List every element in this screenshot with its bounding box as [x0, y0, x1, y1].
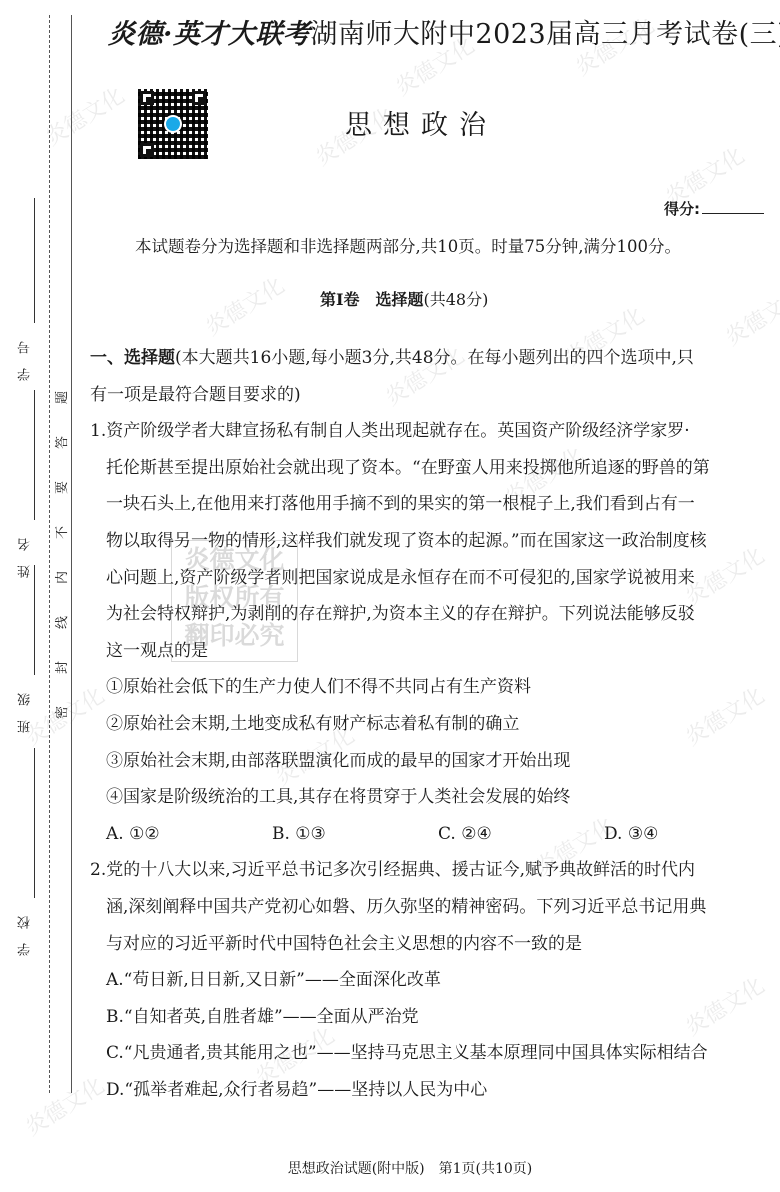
school-label: 学校 — [16, 902, 35, 956]
statement-item: ①原始社会低下的生产力使人们不得不共同占有生产资料 — [90, 669, 770, 706]
question-stem-line: 为社会特权辩护,为剥削的存在辩护,为资本主义的存在辩护。下列说法能够反驳 — [90, 596, 770, 633]
question-stem-line: 物以取得另一物的情形,这样我们就发现了资本的起源。”而在国家这一政治制度核 — [90, 523, 770, 560]
section-title-rest: (共48分) — [424, 290, 489, 309]
class-label: 班级 — [16, 679, 35, 733]
question-stem-line: 2.党的十八大以来,习近平总书记多次引经据典、援古证今,赋予典故鲜活的时代内 — [90, 852, 770, 889]
seal-char: 内 — [51, 571, 70, 584]
score-blank[interactable] — [702, 199, 764, 214]
statement-item: ③原始社会末期,由部落联盟演化而成的最早的国家才开始出现 — [90, 743, 770, 780]
score-label: 得分: — [664, 200, 700, 218]
stem-text: 资产阶级学者大肆宣扬私有制自人类出现起就存在。英国资产阶级经济学家罗· — [106, 421, 689, 441]
question-1: 1.资产阶级学者大肆宣扬私有制自人类出现起就存在。英国资产阶级经济学家罗· 托伦… — [90, 413, 770, 852]
class-field[interactable]: 班级 — [14, 565, 36, 733]
question-number: 1. — [90, 421, 106, 441]
name-field[interactable]: 姓名 — [14, 390, 36, 578]
question-stem-line: 与对应的习近平新时代中国特色社会主义思想的内容不一致的是 — [90, 926, 770, 963]
seal-char: 不 — [51, 526, 70, 539]
choice-d[interactable]: D.“孤举者难起,众行者易趋”——坚持以人民为中心 — [90, 1072, 770, 1109]
section-title-bold: 第Ⅰ卷 选择题 — [320, 290, 424, 309]
qr-finder-icon — [140, 91, 154, 105]
qr-logo-icon — [164, 115, 182, 133]
school-field[interactable]: 学校 — [14, 748, 36, 956]
statement-item: ②原始社会末期,土地变成私有财产标志着私有制的确立 — [90, 706, 770, 743]
exam-title: 炎德·英才大联考湖南师大附中2023届高三月考试卷(三) — [108, 12, 768, 51]
choice-a[interactable]: A.“苟日新,日日新,又日新”——全面深化改革 — [90, 962, 770, 999]
choice-b[interactable]: B. ①③ — [272, 816, 438, 853]
seal-char: 封 — [51, 661, 70, 674]
question-stem-line: 这一观点的是 — [90, 633, 770, 670]
question-stem-line: 一块石头上,在他用来打落他用手摘不到的果实的第一根棍子上,我们看到占有一 — [90, 486, 770, 523]
section-title: 第Ⅰ卷 选择题(共48分) — [320, 287, 488, 310]
answer-choices: A. ①② B. ①③ C. ②④ D. ③④ — [90, 816, 770, 853]
choice-b[interactable]: B.“自知者英,自胜者雄”——全面从严治党 — [90, 999, 770, 1036]
question-2: 2.党的十八大以来,习近平总书记多次引经据典、援古证今,赋予典故鲜活的时代内 涵… — [90, 852, 770, 1108]
exam-title-rest: 湖南师大附中2023届高三月考试卷(三) — [310, 19, 780, 50]
seal-char: 题 — [51, 391, 70, 404]
question-content: 一、选择题(本大题共16小题,每小题3分,共48分。在每小题列出的四个选项中,只… — [90, 340, 770, 1108]
qr-finder-icon — [140, 143, 154, 157]
seal-char: 密 — [51, 706, 70, 719]
exam-brand: 炎德·英才大联考 — [108, 19, 310, 50]
qr-code-icon[interactable] — [137, 88, 209, 160]
score-field[interactable]: 得分: — [664, 198, 764, 219]
choice-c[interactable]: C. ②④ — [438, 816, 604, 853]
binding-solid-line — [71, 15, 72, 1093]
exam-instructions: 本试题卷分为选择题和非选择题两部分,共10页。时量75分钟,满分100分。 — [135, 233, 681, 257]
page-footer: 思想政治试题(附中版) 第1页(共10页) — [0, 1158, 780, 1178]
part-heading-bold: 一、选择题 — [90, 348, 175, 368]
part-heading-cont: 有一项是最符合题目要求的) — [90, 377, 770, 414]
student-id-field[interactable]: 学号 — [14, 198, 36, 381]
choice-d[interactable]: D. ③④ — [604, 816, 770, 853]
watermark-text: 炎德文化 — [38, 79, 129, 152]
stem-text: 党的十八大以来,习近平总书记多次引经据典、援古证今,赋予典故鲜活的时代内 — [106, 860, 695, 880]
question-number: 2. — [90, 860, 106, 880]
question-stem-line: 涵,深刻阐释中国共产党初心如磐、历久弥坚的精神密码。下列习近平总书记用典 — [90, 889, 770, 926]
statement-item: ④国家是阶级统治的工具,其存在将贯穿于人类社会发展的始终 — [90, 779, 770, 816]
part-heading: 一、选择题(本大题共16小题,每小题3分,共48分。在每小题列出的四个选项中,只 — [90, 340, 770, 377]
question-stem-line: 1.资产阶级学者大肆宣扬私有制自人类出现起就存在。英国资产阶级经济学家罗· — [90, 413, 770, 450]
question-stem-line: 托伦斯甚至提出原始社会就出现了资本。“在野蛮人用来投掷他所追逐的野兽的第 — [90, 450, 770, 487]
subject-title: 思想政治 — [345, 103, 497, 142]
qr-finder-icon — [192, 91, 206, 105]
choice-a[interactable]: A. ①② — [106, 816, 272, 853]
student-id-label: 学号 — [16, 327, 35, 381]
watermark-text: 炎德文化 — [198, 269, 289, 342]
seal-char: 要 — [51, 481, 70, 494]
seal-char: 线 — [51, 616, 70, 629]
seal-notice: 题 答 要 不 内 线 封 密 — [52, 388, 70, 722]
choice-c[interactable]: C.“凡贵通者,贵其能用之也”——坚持马克思主义基本原理同中国具体实际相结合 — [90, 1035, 770, 1072]
binding-dotted-line — [49, 15, 50, 1093]
seal-char: 答 — [51, 436, 70, 449]
question-stem-line: 心问题上,资产阶级学者则把国家说成是永恒存在而不可侵犯的,国家学说被用来 — [90, 560, 770, 597]
part-heading-rest: (本大题共16小题,每小题3分,共48分。在每小题列出的四个选项中,只 — [175, 348, 694, 368]
